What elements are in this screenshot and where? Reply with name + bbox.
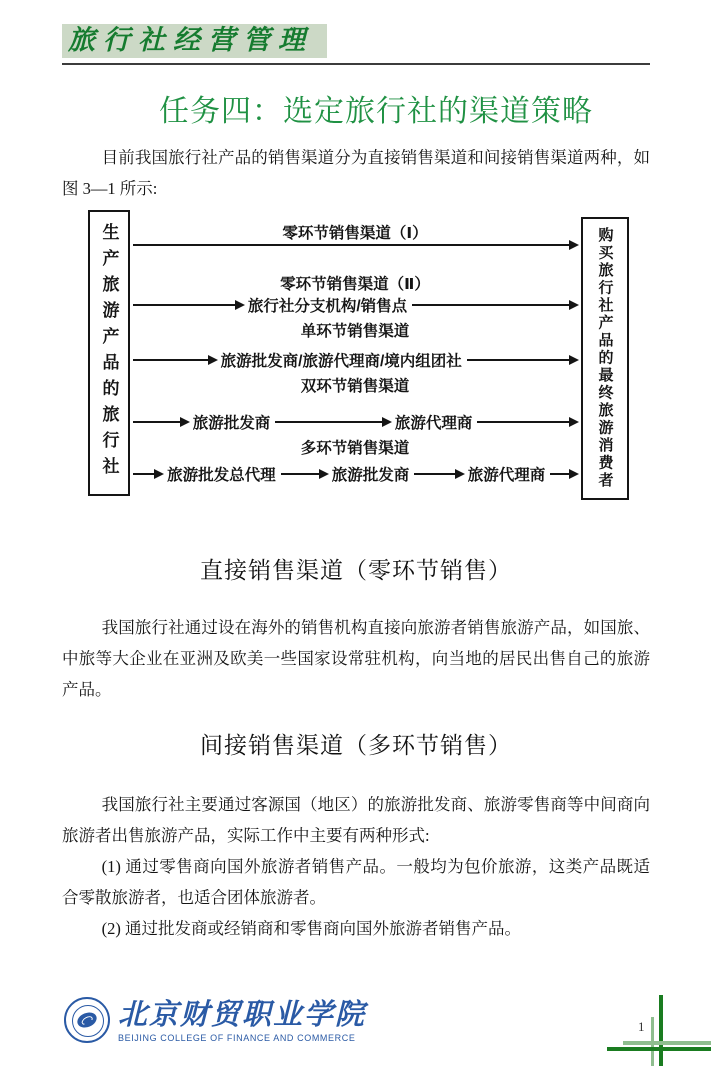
arrow-line: [550, 473, 577, 475]
channel-node: 旅游代理商: [463, 463, 551, 485]
intro-paragraph: 目前我国旅行社产品的销售渠道分为直接销售渠道和间接销售渠道两种，如图 3—1 所…: [62, 142, 650, 204]
channel-label-double-link: 双环节销售渠道: [133, 374, 577, 396]
arrow-line: [477, 421, 577, 423]
arrow-line: [275, 421, 390, 423]
channel-node: 旅游批发商: [188, 411, 276, 433]
section-indirect-paragraph-block: 我国旅行社主要通过客源国（地区）的旅游批发商、旅游零售商等中间商向旅游者出售旅游…: [62, 789, 650, 944]
arrow-line: [133, 244, 577, 246]
arrow-line: [133, 473, 162, 475]
arrow-line: [467, 359, 577, 361]
channel-node: 旅游批发商/旅游代理商/境内组团社: [216, 349, 467, 371]
channel-node: 旅游批发商: [327, 463, 415, 485]
section-heading-indirect-channel: 间接销售渠道（多环节销售）: [62, 727, 650, 760]
corner-decoration-horizontal-dark: [607, 1047, 711, 1051]
college-logo-text: 北京财贸职业学院 BEIJING COLLEGE OF FINANCE AND …: [118, 997, 366, 1043]
corner-decoration-vertical-dark: [659, 995, 663, 1066]
arrow-line: [133, 304, 243, 306]
channel-label-multi-link: 多环节销售渠道: [133, 436, 577, 458]
diagram-consumer-box: 购买旅行社产品的最终旅游消费者: [581, 217, 629, 500]
college-name-chinese: 北京财贸职业学院: [118, 997, 366, 1031]
header-divider: [62, 63, 650, 65]
arrow-line: [133, 421, 188, 423]
college-seal-icon: [64, 997, 110, 1043]
channel-node: 旅游代理商: [390, 411, 478, 433]
channel-label-single-link: 单环节销售渠道: [133, 319, 577, 341]
college-logo: 北京财贸职业学院 BEIJING COLLEGE OF FINANCE AND …: [64, 997, 366, 1043]
arrow-line: [281, 473, 327, 475]
arrow-line: [412, 304, 577, 306]
channel-row-single-link: 旅游批发商/旅游代理商/境内组团社: [133, 350, 577, 370]
intro-paragraph-block: 目前我国旅行社产品的销售渠道分为直接销售渠道和间接销售渠道两种，如图 3—1 所…: [62, 142, 650, 204]
page-title: 任务四：选定旅行社的渠道策略: [62, 86, 650, 130]
channel-node: 旅行社分支机构/销售点: [243, 294, 412, 316]
channel-node: 旅游批发总代理: [162, 463, 281, 485]
channel-row-zero-link-2: 旅行社分支机构/销售点: [133, 295, 577, 315]
diagram-producer-box: 生产旅游产品的旅行社: [88, 210, 130, 496]
course-brand-banner: 旅行社经营管理: [62, 24, 327, 58]
paragraph: 我国旅行社主要通过客源国（地区）的旅游批发商、旅游零售商等中间商向旅游者出售旅游…: [62, 789, 650, 851]
paragraph: 我国旅行社通过设在海外的销售机构直接向旅游者销售旅游产品，如国旅、中旅等大企业在…: [62, 612, 650, 705]
arrow-line: [133, 359, 216, 361]
list-item-2: (2) 通过批发商或经销商和零售商向国外旅游者销售产品。: [62, 913, 650, 944]
list-item-1: (1) 通过零售商向国外旅游者销售产品。一般均为包价旅游，这类产品既适合零散旅游…: [62, 851, 650, 913]
page-number: 1: [638, 1019, 645, 1035]
section-heading-direct-channel: 直接销售渠道（零环节销售）: [62, 552, 650, 585]
sales-channel-diagram: 生产旅游产品的旅行社 购买旅行社产品的最终旅游消费者 零环节销售渠道（Ⅰ） 零环…: [88, 210, 629, 502]
channel-row-zero-link-1: [133, 235, 577, 255]
channel-row-double-link: 旅游批发商 旅游代理商: [133, 412, 577, 432]
corner-decoration-horizontal-light: [623, 1041, 711, 1045]
channel-row-multi-link: 旅游批发总代理 旅游批发商 旅游代理商: [133, 464, 577, 484]
arrow-line: [414, 473, 463, 475]
channel-label-zero-link-2: 零环节销售渠道（Ⅱ）: [133, 272, 577, 294]
section-direct-paragraph-block: 我国旅行社通过设在海外的销售机构直接向旅游者销售旅游产品，如国旅、中旅等大企业在…: [62, 612, 650, 705]
college-name-english: BEIJING COLLEGE OF FINANCE AND COMMERCE: [118, 1033, 366, 1043]
